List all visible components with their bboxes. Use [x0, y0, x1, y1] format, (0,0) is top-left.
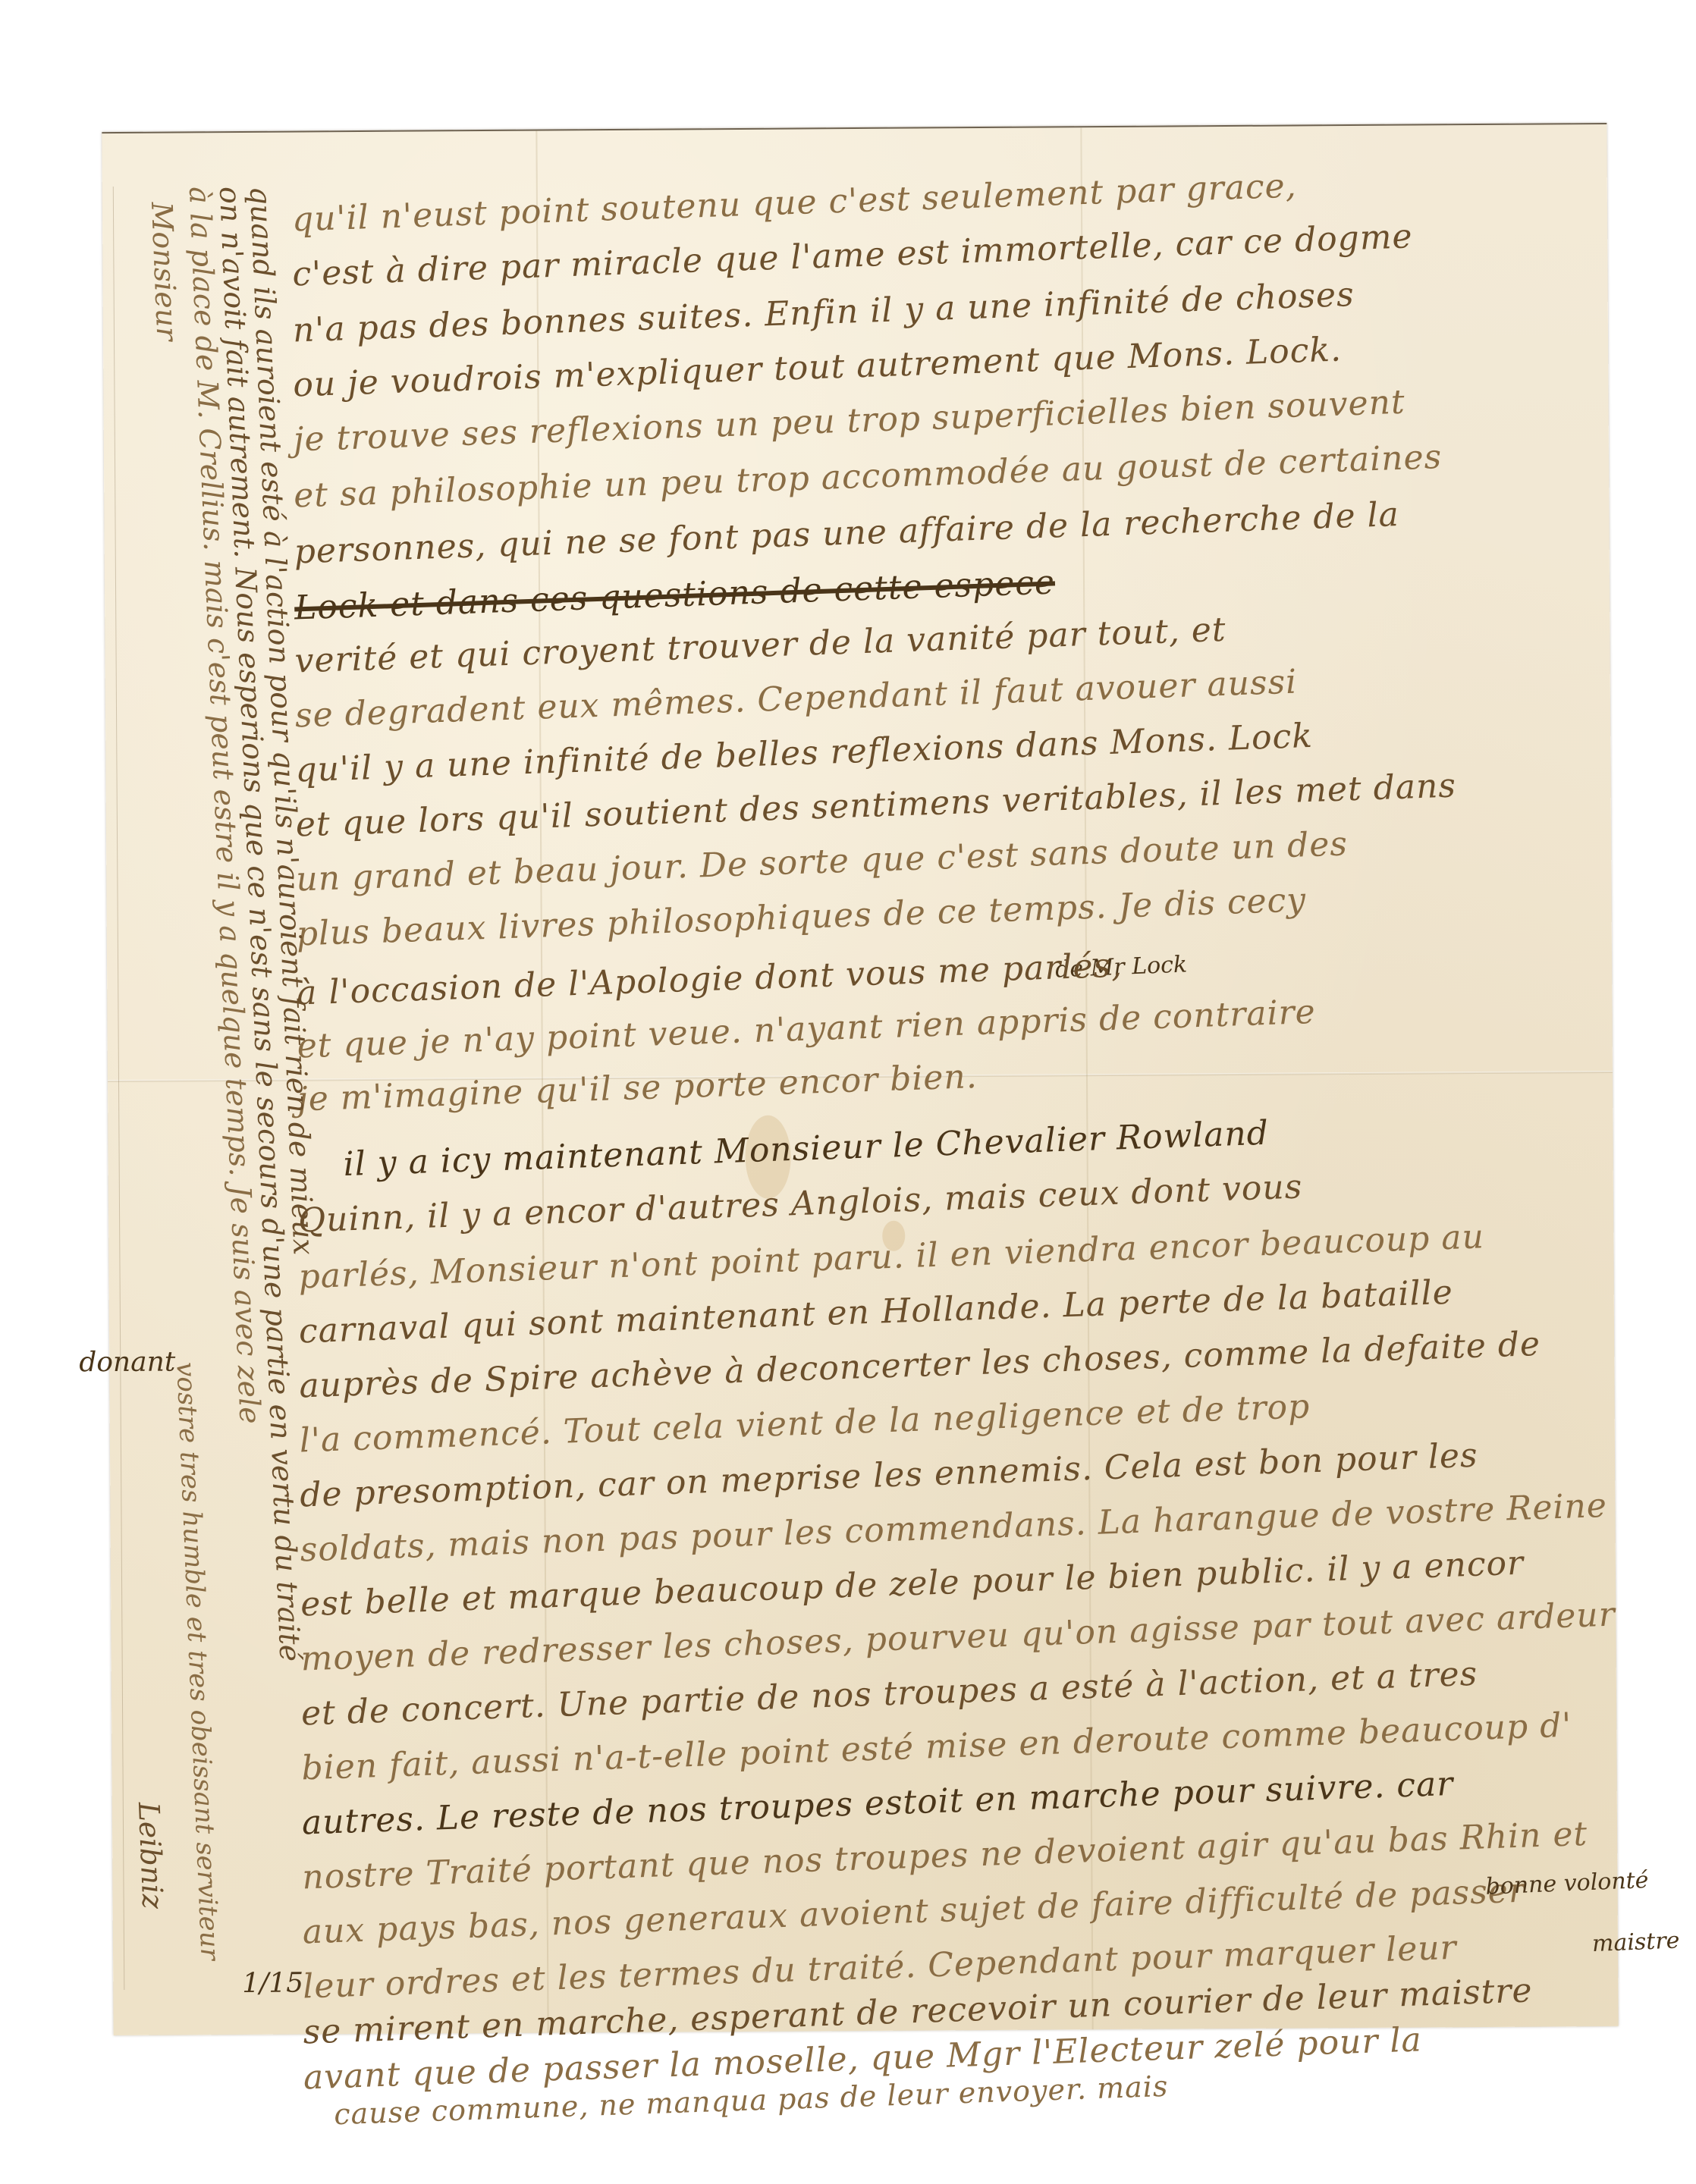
margin-note: Monsieur	[145, 201, 184, 341]
margin-word: donant	[79, 1347, 175, 1379]
signature: Leibniz	[132, 1802, 170, 1910]
folio-number: 1/15	[242, 1968, 303, 1999]
interlinear-insertion: maistre	[1591, 1927, 1680, 1957]
text-line: je m'imagine qu'il se porte encor bien.	[297, 1057, 978, 1119]
letter-body: qu'il n'eust point soutenu que c'est seu…	[292, 185, 1597, 193]
left-margin-notes: quand ils auroient esté à l'action pour …	[102, 132, 341, 2029]
interlinear-insertion: bonne volonté	[1485, 1867, 1649, 1900]
struck-out-line: Lock et dans ces questions de cette espe…	[294, 563, 1055, 627]
manuscript-page: qu'il n'eust point soutenu que c'est seu…	[102, 123, 1618, 2035]
margin-note: vostre tres humble et tres obeissant ser…	[170, 1361, 225, 1960]
